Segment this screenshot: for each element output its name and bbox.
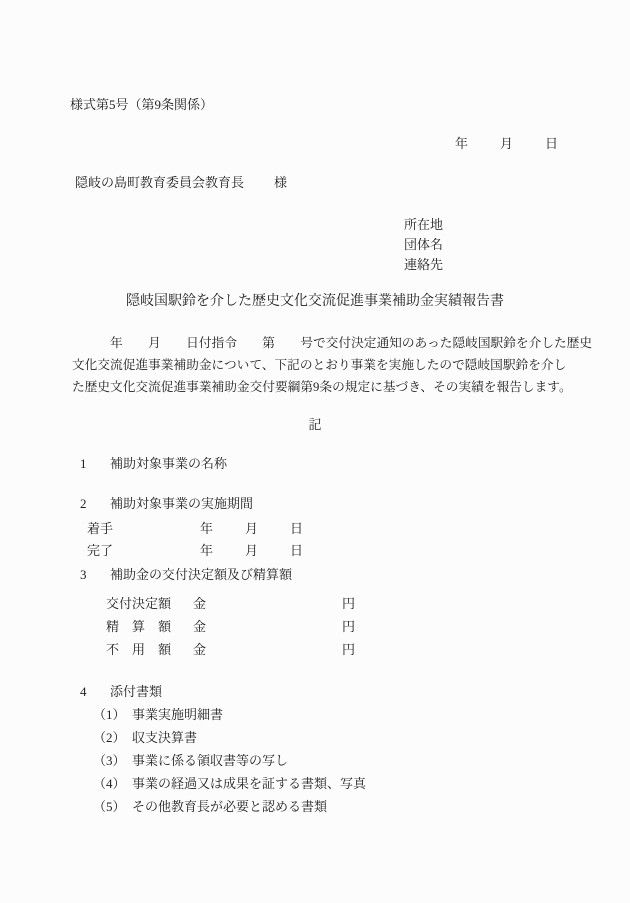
section-2-number: 2 bbox=[80, 496, 110, 511]
period-end-label: 完了 bbox=[87, 543, 113, 558]
period-end-row: 完了年 月 日 bbox=[87, 543, 387, 558]
amount-settled-suffix: 円 bbox=[342, 619, 355, 634]
section-3-number: 3 bbox=[80, 567, 110, 582]
header-date-blank: 年 月 日 bbox=[455, 136, 560, 151]
period-end-date-blank: 年 月 日 bbox=[200, 543, 305, 558]
section-3: 3補助金の交付決定額及び精算額 bbox=[80, 567, 292, 582]
sender-organization-label: 団体名 bbox=[404, 237, 443, 252]
attachment-item-4: （4） 事業の経過又は成果を証する書類、写真 bbox=[93, 776, 366, 791]
section-2-title: 補助対象事業の実施期間 bbox=[110, 496, 253, 511]
amount-settled-prefix: 金 bbox=[193, 619, 206, 634]
body-line-3: た歴史文化交流促進事業補助金交付要綱第9条の規定に基づき、その実績を報告します。 bbox=[72, 380, 572, 395]
section-3-title: 補助金の交付決定額及び精算額 bbox=[110, 567, 292, 582]
section-4-number: 4 bbox=[80, 684, 110, 699]
period-start-label: 着手 bbox=[87, 521, 113, 536]
attachment-item-2: （2） 収支決算書 bbox=[93, 730, 197, 745]
section-1-number: 1 bbox=[80, 456, 110, 471]
document-title: 隠岐国駅鈴を介した歴史文化交流促進事業補助金実績報告書 bbox=[0, 294, 630, 309]
period-start-row: 着手年 月 日 bbox=[87, 521, 387, 536]
document-page: 様式第5号（第9条関係） 年 月 日 隠岐の島町教育委員会教育長様 所在地 団体… bbox=[0, 0, 630, 903]
attachment-item-3: （3） 事業に係る領収書等の写し bbox=[93, 753, 288, 768]
amount-unused-suffix: 円 bbox=[342, 642, 355, 657]
body-line-2: 文化交流促進事業補助金について、下記のとおり事業を実施したので隠岐国駅鈴を介し bbox=[72, 358, 566, 373]
amount-unused-prefix: 金 bbox=[193, 642, 206, 657]
section-1: 1補助対象事業の名称 bbox=[80, 456, 227, 471]
amount-decided-label: 交付決定額 bbox=[106, 596, 171, 611]
addressee-name: 隠岐の島町教育委員会教育長 bbox=[75, 175, 244, 190]
addressee-line: 隠岐の島町教育委員会教育長様 bbox=[75, 175, 287, 190]
amount-decided-suffix: 円 bbox=[342, 596, 355, 611]
record-heading: 記 bbox=[0, 417, 630, 432]
section-2: 2補助対象事業の実施期間 bbox=[80, 496, 253, 511]
form-number: 様式第5号（第9条関係） bbox=[70, 97, 213, 112]
sender-address-label: 所在地 bbox=[404, 217, 443, 232]
amount-unused-row: 不 用 額金円 bbox=[106, 642, 426, 657]
amount-decided-row: 交付決定額金円 bbox=[106, 596, 426, 611]
attachment-item-5: （5） その他教育長が必要と認める書類 bbox=[93, 799, 327, 814]
body-line-1: 年 月 日付指令 第 号で交付決定通知のあった隠岐国駅鈴を介した歴史 bbox=[72, 336, 592, 351]
amount-decided-prefix: 金 bbox=[193, 596, 206, 611]
section-4: 4添付書類 bbox=[80, 684, 162, 699]
section-1-title: 補助対象事業の名称 bbox=[110, 456, 227, 471]
period-start-date-blank: 年 月 日 bbox=[200, 521, 305, 536]
attachment-item-1: （1） 事業実施明細書 bbox=[93, 707, 223, 722]
addressee-honorific: 様 bbox=[274, 175, 287, 190]
sender-contact-label: 連絡先 bbox=[404, 257, 443, 272]
section-4-title: 添付書類 bbox=[110, 684, 162, 699]
amount-settled-row: 精 算 額金円 bbox=[106, 619, 426, 634]
amount-settled-label: 精 算 額 bbox=[106, 619, 171, 634]
amount-unused-label: 不 用 額 bbox=[106, 642, 171, 657]
